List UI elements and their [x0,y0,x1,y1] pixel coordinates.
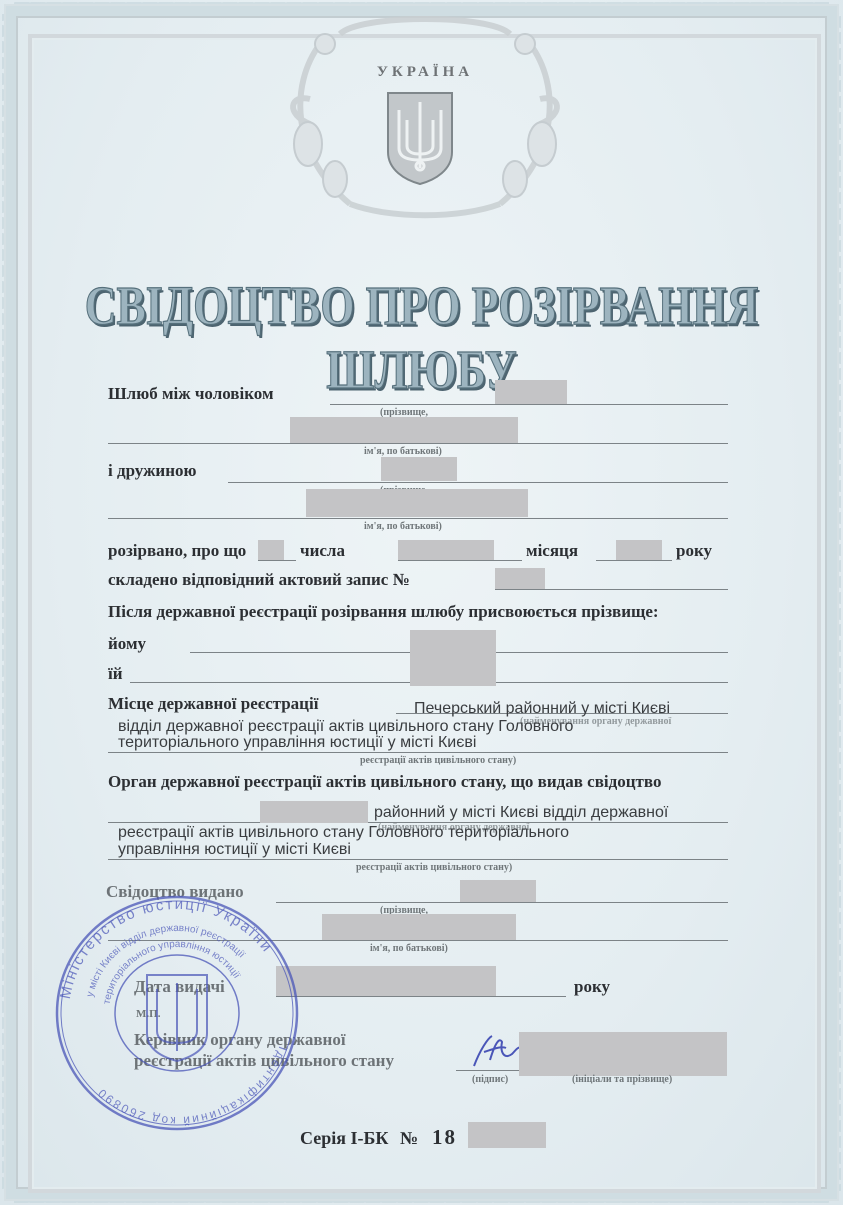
redacted-record-number [495,568,545,589]
wife-name-line [108,518,728,519]
day-line [258,560,296,561]
husband-label: Шлюб між чоловіком [108,384,274,404]
document-title: СВІДОЦТВО ПРО РОЗІРВАННЯ ШЛЮБУ [60,274,783,402]
issue-year-label: року [574,977,610,997]
issuer-value-line1: районний у місті Києві відділ державної [374,805,668,821]
redacted-issued-surname [460,880,536,902]
series-number-prefix: 18 [432,1125,457,1150]
redacted-wife-surname [381,457,457,481]
year-line [596,560,672,561]
issuer-value-line3: управління юстиції у місті Києві [118,842,351,858]
issuer-line-2 [108,859,728,860]
signature-icon [466,1030,526,1072]
trident-emblem-icon [385,90,455,186]
dissolved-label: розірвано, про що [108,541,246,561]
redacted-husband-surname [495,380,567,404]
place-caption-2: реєстрації актів цивільного стану) [360,755,516,766]
after-registration-label: Після державної реєстрації розірвання шл… [108,602,659,622]
redacted-issuer-district [260,801,368,823]
wife-surname-line [228,482,728,483]
month-label: місяця [526,541,578,561]
redacted-issued-name [322,914,516,940]
place-value-line2: відділ державної реєстрації актів цивіль… [118,719,573,735]
redacted-year [616,540,662,560]
official-seal-stamp-icon: Міністерство юстиції України у місті Киє… [52,893,302,1133]
initials-caption: (ініціали та прізвище) [572,1074,672,1085]
name-caption: ім'я, по батькові) [364,446,442,457]
redacted-new-surnames [410,630,496,686]
redacted-husband-name [290,417,518,443]
issuer-value-line2: реєстрації актів цивільного стану Головн… [118,825,569,841]
him-label: йому [108,634,146,654]
year-label: року [676,541,712,561]
redacted-series-number [468,1122,546,1148]
place-value-line1: Печерський районний у місті Києві [414,701,670,717]
record-label: складено відповідний актовий запис № [108,570,410,590]
issued-to-surname-line [276,902,728,903]
wife-label: і дружиною [108,461,197,481]
number-sign: № [400,1128,418,1149]
month-line [398,560,522,561]
issuer-caption-2: реєстрації актів цивільного стану) [356,862,512,873]
issuer-label: Орган державної реєстрації актів цивільн… [108,772,661,792]
redacted-head-initials [519,1032,727,1076]
series-label: Серія І-БК [300,1128,388,1149]
place-value-line3: територіального управління юстиції у міс… [118,735,476,751]
husband-surname-line [330,404,728,405]
wife-name-caption: ім'я, по батькові) [364,521,442,532]
issue-date-line [276,996,566,997]
redacted-wife-name [306,489,528,517]
svg-text:Ідентифікаційний код 260890: Ідентифікаційний код 260890 [94,1045,290,1128]
redacted-month [398,540,494,560]
signature-caption: (підпис) [472,1074,508,1085]
record-number-line [495,589,728,590]
place-line-2 [108,752,728,753]
issued-name-caption: ім'я, по батькові) [370,943,448,954]
her-label: їй [108,664,123,684]
husband-name-line [108,443,728,444]
day-label: числа [300,541,345,561]
place-label: Місце державної реєстрації [108,694,318,714]
redacted-day [258,540,284,560]
country-name: УКРАЇНА [280,64,570,81]
redacted-issue-date [276,966,496,996]
